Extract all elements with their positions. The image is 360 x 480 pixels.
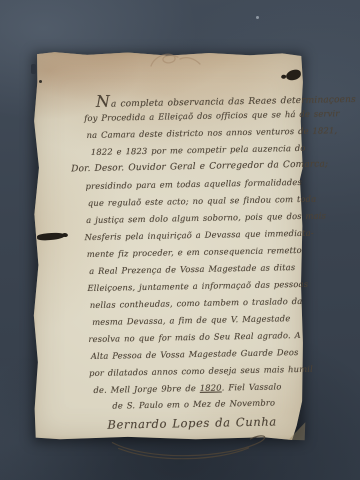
photo-backdrop: Na completa observancia das Reaes determ… [0, 0, 360, 480]
torn-edge-notch [31, 64, 36, 74]
date-line-post: . Fiel Vassalo [222, 381, 282, 392]
date-line-pre: de. Mell Jorge 9bre de [93, 383, 200, 395]
dust-speck [256, 16, 259, 19]
flourish-icon [146, 49, 204, 75]
signature-flourish-icon [98, 431, 289, 463]
underlined-year: 1820 [200, 382, 222, 392]
ink-speck [39, 80, 42, 83]
closing-line: de S. Paulo em o Mez de Novembro [84, 395, 304, 414]
manuscript-text: Na completa observancia das Reaes determ… [84, 89, 305, 434]
